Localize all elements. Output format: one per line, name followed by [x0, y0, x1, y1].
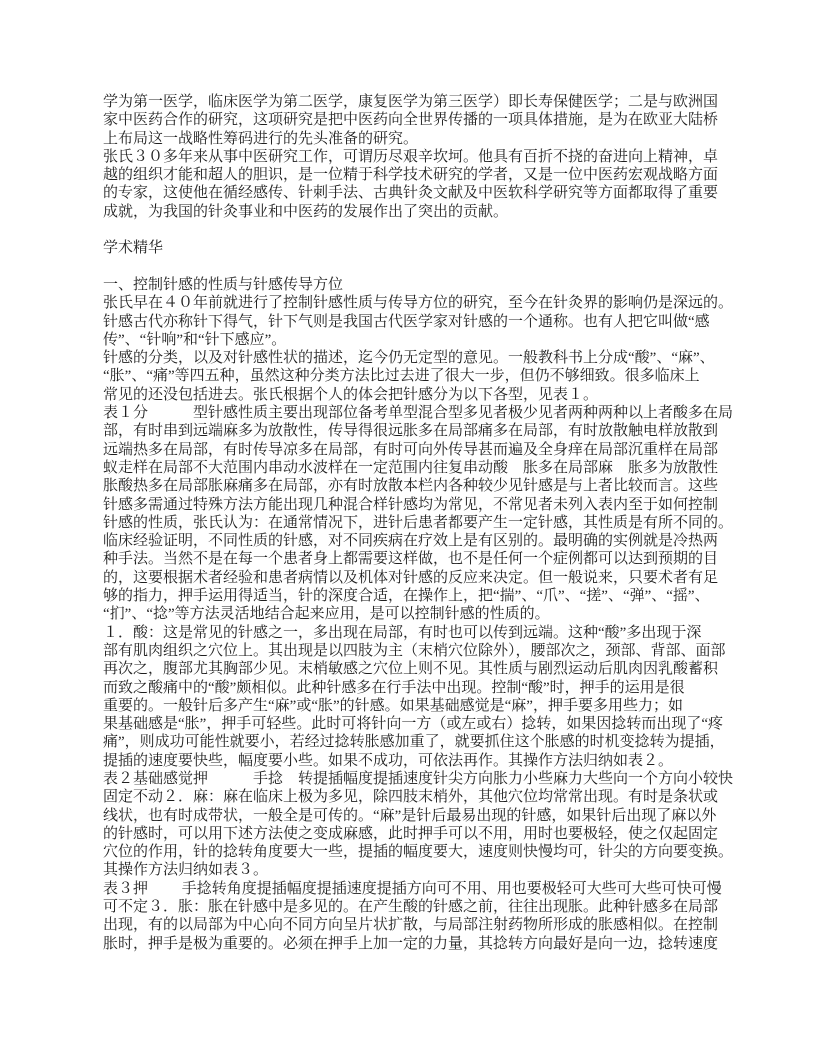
text-line: 张氏３０多年来从事中医研究工作，可谓历尽艰辛坎坷。他具有百折不挠的奋进向上精神，… — [103, 148, 721, 166]
text-line: 学为第一医学，临床医学为第二医学，康复医学为第三医学）即长寿保健医学；二是与欧洲… — [103, 93, 721, 111]
text-line: 再次之，腹部尤其胸部少见。末梢敏感之穴位上则不见。其性质与剧烈运动后肌肉因乳酸蓄… — [103, 660, 721, 678]
text-line: 的专家，这使他在循经感传、针刺手法、古典针灸文献及中医软科学研究等方面都取得了重… — [103, 184, 721, 202]
text-line: 线状，也有时成带状，一般全是可传的。“麻”是针后最易出现的针感，如果针后出现了麻… — [103, 807, 721, 825]
table-text-line: 部，有时串到远端麻多为放散性，传导得很远胀多在局部痛多在局部，有时放散触电样放散… — [103, 422, 721, 440]
text-line: 张氏早在４０年前就进行了控制针感性质与传导方位的研究，至今在针灸界的影响仍是深远… — [103, 294, 721, 312]
text-line: 提插的速度要快些，幅度要小些。如果不成功，可依法再作。其操作方法归纳如表２。 — [103, 752, 721, 770]
blank-line — [103, 258, 721, 276]
text-line: 出现，有的以局部为中心向不同方向呈片状扩散，与局部注射药物所形成的胀感相似。在控… — [103, 916, 721, 934]
subsection-title: 一、控制针感的性质与针感传导方位 — [103, 276, 721, 294]
text-line: 重要的。一般针后多产生“麻”或“胀”的针感。如果基础感觉是“麻”，押手要多用些力… — [103, 697, 721, 715]
text-line: 种手法。当然不是在每一个患者身上都需要这样做，也不是任何一个症例都可以达到预期的… — [103, 550, 721, 568]
table-text-line: 胀酸热多在局部胀麻痛多在局部，亦有时放散本栏内各种较少见针感是与上者比较而言。这… — [103, 477, 721, 495]
section-heading: 学术精华 — [103, 239, 721, 257]
table-text-line: 远端热多在局部，有时传导凉多在局部，有时可向外传导甚而遍及全身痒在局部沉重样在局… — [103, 441, 721, 459]
text-column: 学为第一医学，临床医学为第二医学，康复医学为第三医学）即长寿保健医学；二是与欧洲… — [103, 93, 721, 953]
table-text-line: 表３押 手捻转角度提插幅度提插速度提插方向可不用、用也要极轻可大些可大些可快可慢 — [103, 880, 721, 898]
table-text-line: 表１分 型针感性质主要出现部位备考单型混合型多见者极少见者两种两种以上者酸多在局 — [103, 404, 721, 422]
text-line: 够的指力，押手运用得适当，针的深度合适，在操作上，把“揣”、“爪”、“搓”、“弹… — [103, 587, 721, 605]
document-page: 学为第一医学，临床医学为第二医学，康复医学为第三医学）即长寿保健医学；二是与欧洲… — [0, 0, 816, 1056]
text-line: 成就，为我国的针灸事业和中医药的发展作出了突出的贡献。 — [103, 203, 721, 221]
text-line: 的，这要根据术者经验和患者病情以及机体对针感的反应来决定。但一般说来，只要术者有… — [103, 569, 721, 587]
text-line: 越的组织才能和超人的胆识，是一位精于科学技术研究的学者，又是一位中医药宏观战略方… — [103, 166, 721, 184]
text-line: 穴位的作用，针的捻转角度要大一些，提插的幅度要大，速度则快慢均可，针尖的方向要变… — [103, 843, 721, 861]
text-line: 传”、“针响”和“针下感应”。 — [103, 331, 721, 349]
text-line: 固定不动２．麻：麻在临床上极为多见，除四肢末梢外，其他穴位均常常出现。有时是条状… — [103, 788, 721, 806]
blank-line — [103, 221, 721, 239]
text-line: 痛”，则成功可能性就要小，若经过捻转胀感加重了，就要抓住这个胀感的时机变捻转为提… — [103, 733, 721, 751]
text-line: 的针感时，可以用下述方法使之变成麻感，此时押手可以不用，用时也要极轻，使之仅起固… — [103, 825, 721, 843]
text-line: 而致之酸痛中的“酸”颇相似。此种针感多在行手法中出现。控制“酸”时，押手的运用是… — [103, 679, 721, 697]
text-line: 可不定３．胀：胀在针感中是多见的。在产生酸的针感之前，往往出现胀。此种针感多在局… — [103, 898, 721, 916]
table-text-line: 蚁走样在局部不大范围内串动水波样在一定范围内往复串动酸 胀多在局部麻 胀多为放散… — [103, 459, 721, 477]
text-line: 上布局这一战略性筹码进行的先头准备的研究。 — [103, 130, 721, 148]
text-line: “扪”、“捻”等方法灵活地结合起来应用，是可以控制针感的性质的。 — [103, 605, 721, 623]
text-line: 其操作方法归纳如表３。 — [103, 861, 721, 879]
text-line: 常见的还没包括进去。张氏根据个人的体会把针感分为以下各型，见表１。 — [103, 386, 721, 404]
text-line: “胀”、“痛”等四五种，虽然这种分类方法比过去进了很大一步，但仍不够细致。很多临… — [103, 367, 721, 385]
text-line: 临床经验证明，不同性质的针感，对不同疾病在疗效上是有区别的。最明确的实例就是冷热… — [103, 532, 721, 550]
text-line: 针感的性质，张氏认为：在通常情况下，进针后患者都要产生一定针感，其性质是有所不同… — [103, 514, 721, 532]
text-line: １．酸：这是常见的针感之一，多出现在局部，有时也可以传到远端。这种“酸”多出现于… — [103, 624, 721, 642]
text-line: 胀时，押手是极为重要的。必须在押手上加一定的力量，其捻转方向最好是向一边，捻转速… — [103, 935, 721, 953]
text-line: 部有肌肉组织之穴位上。其出现是以四肢为主（末梢穴位除外），腰部次之，颈部、背部、… — [103, 642, 721, 660]
text-line: 家中医药合作的研究，这项研究是把中医药向全世界传播的一项具体措施，是为在欧亚大陆… — [103, 111, 721, 129]
text-line: 果基础感是“胀”，押手可轻些。此时可将针向一方（或左或右）捻转，如果因捻转而出现… — [103, 715, 721, 733]
table-text-line: 表２基础感觉押 手捻 转提插幅度提插速度针尖方向胀力小些麻力大些向一个方向小较快 — [103, 770, 721, 788]
text-line: 针感多需通过特殊方法方能出现几种混合样针感均为常见，不常见者未列入表内至于如何控… — [103, 496, 721, 514]
text-line: 针感古代亦称针下得气，针下气则是我国古代医学家对针感的一个通称。也有人把它叫做“… — [103, 313, 721, 331]
text-line: 针感的分类，以及对针感性状的描述，迄今仍无定型的意见。一般教科书上分成“酸”、“… — [103, 349, 721, 367]
